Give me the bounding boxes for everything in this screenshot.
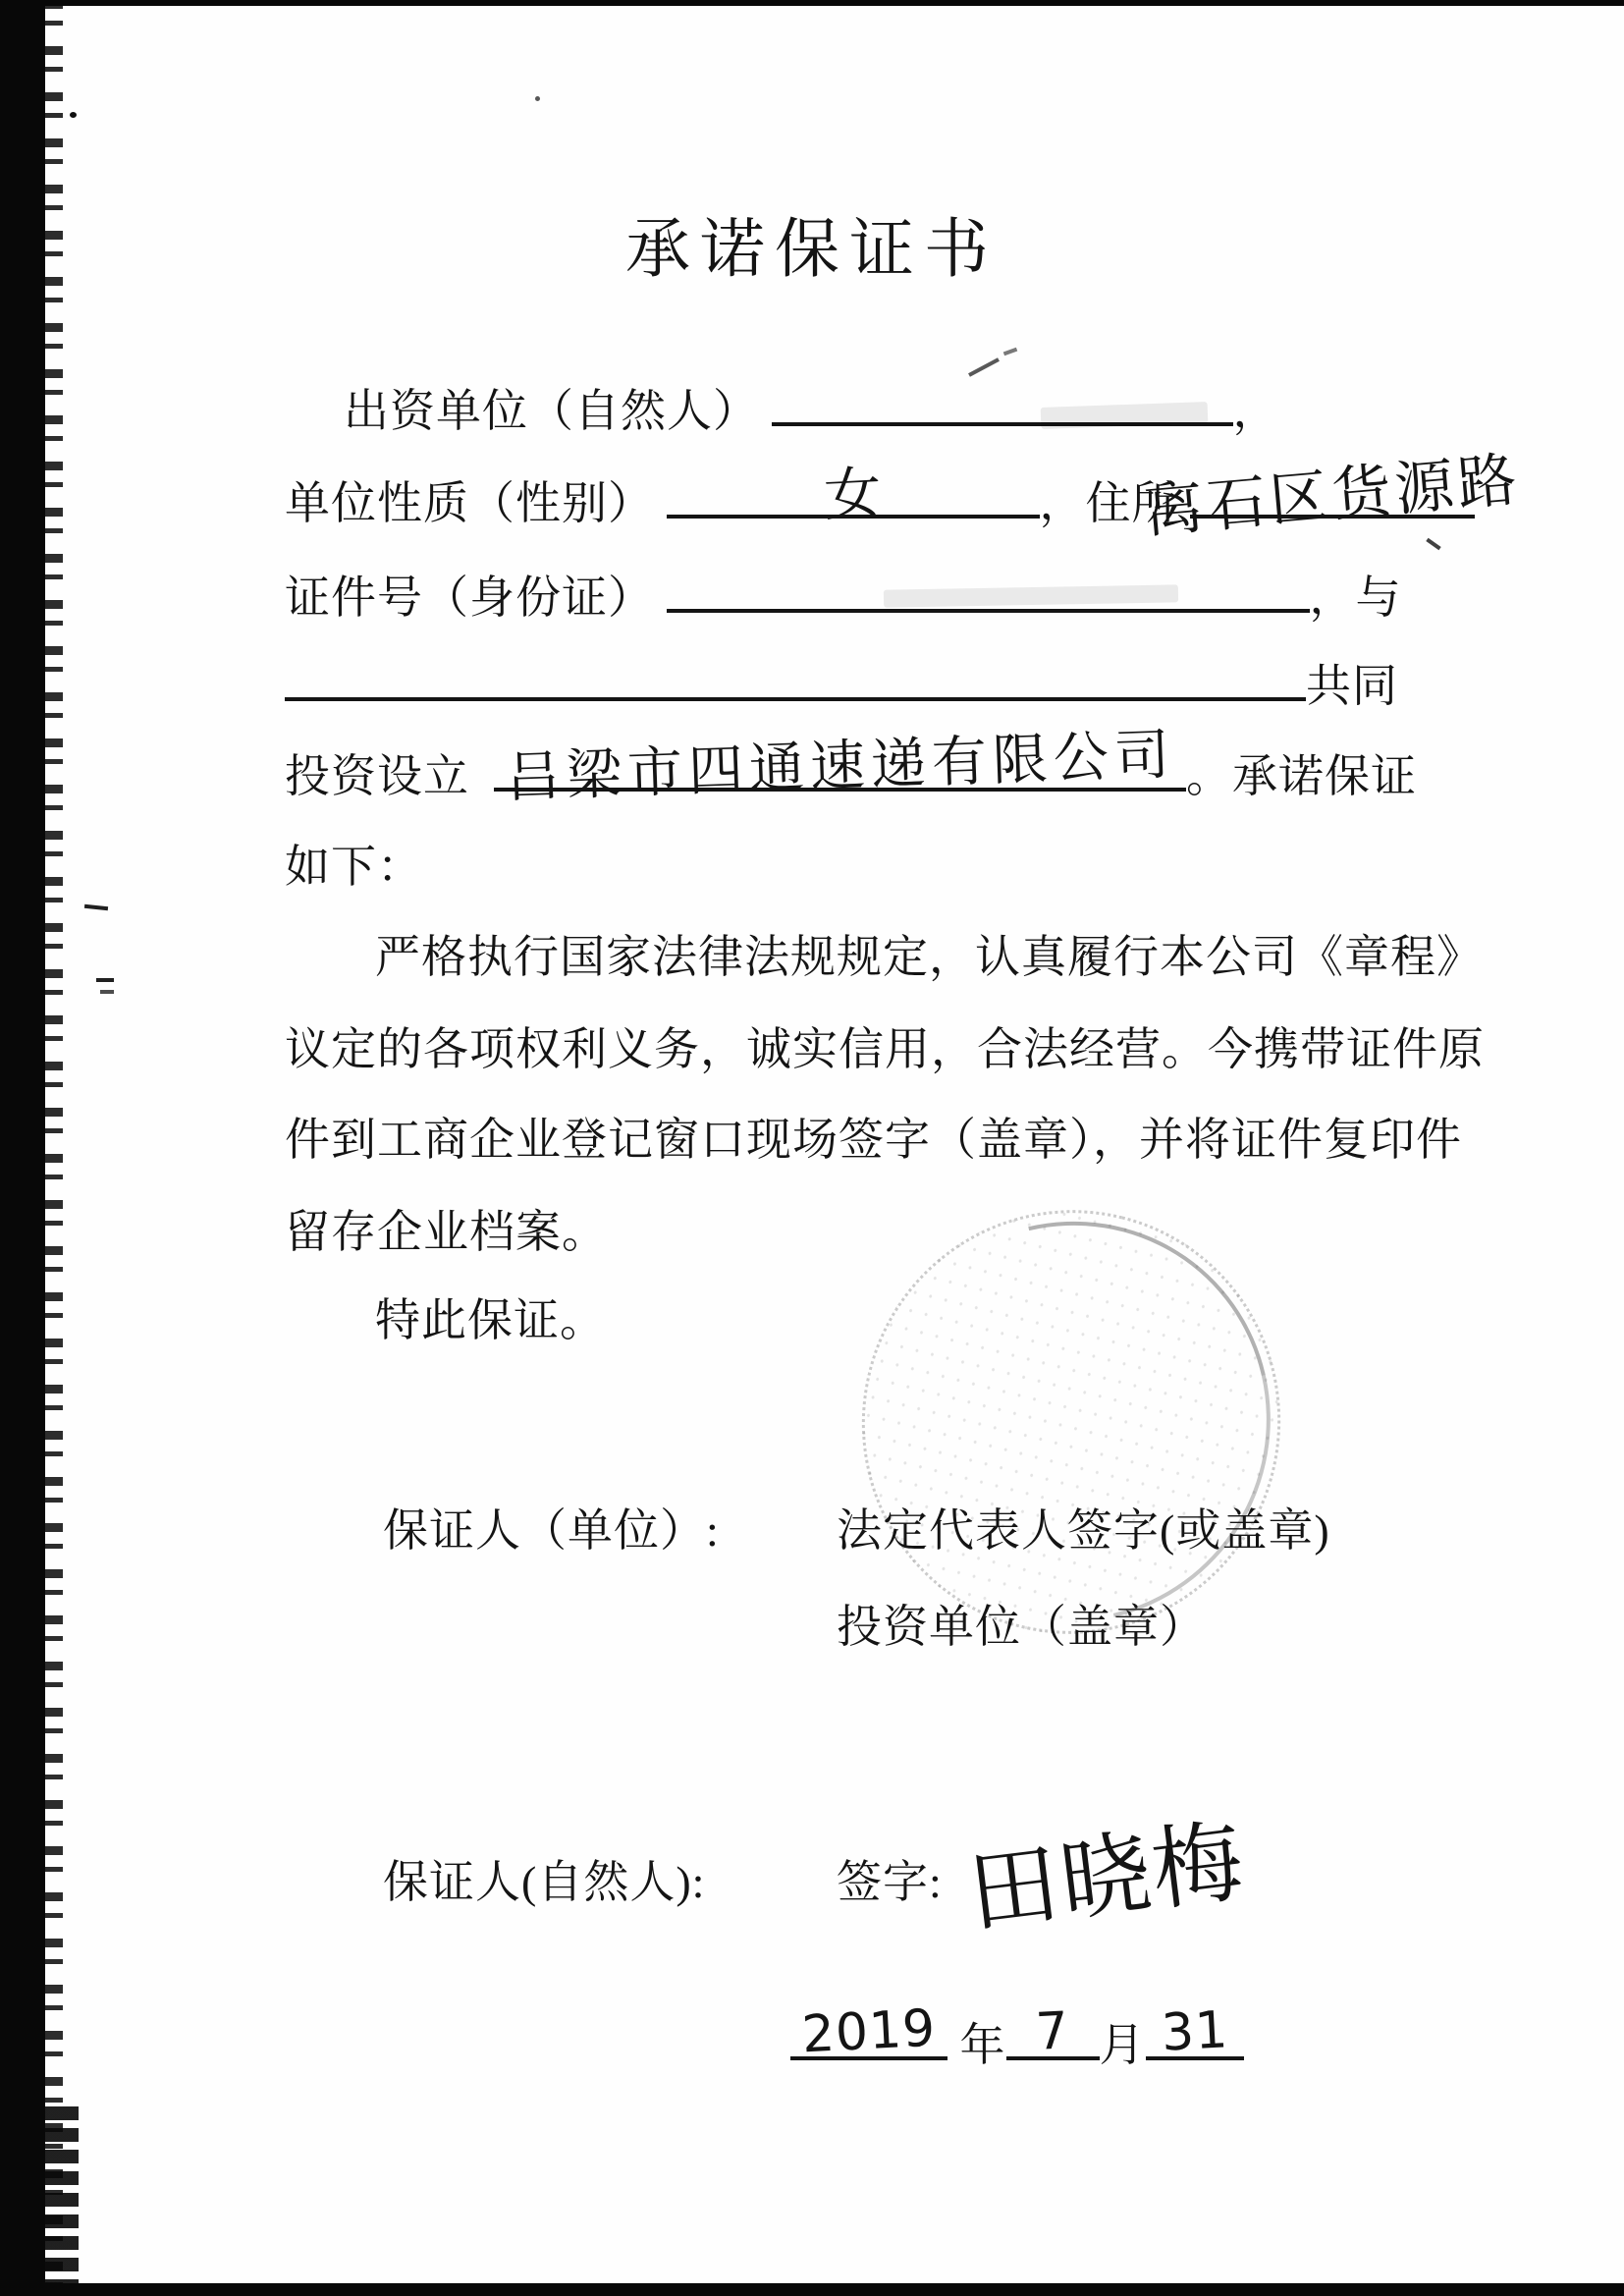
handwritten-comma-mark: [1426, 538, 1440, 550]
scan-left-border-foot: [45, 2106, 79, 2283]
margin-mark: [84, 904, 108, 910]
scan-top-border: [0, 0, 1624, 6]
body-paragraph-line: 议定的各项权利义务，诚实信用，合法经营。今携带证件原: [285, 1019, 1485, 1080]
pencil-tick-mark: [1003, 348, 1018, 356]
investor-label: 出资单位（自然人）: [344, 386, 759, 436]
investor-comma: ，: [1233, 386, 1279, 436]
sign-label-line: 签字:: [837, 1852, 943, 1913]
closing-text: 特此保证。: [375, 1295, 606, 1345]
year-label: 年: [960, 2020, 1006, 2070]
company-name-blank: 吕梁市四通速递有限公司: [494, 776, 1186, 792]
date-day-value: 31: [1160, 1999, 1229, 2063]
sign-label: 签字:: [837, 1857, 943, 1907]
body-paragraph-line: 件到工商企业登记窗口现场签字（盖章），并将证件复印件: [285, 1110, 1462, 1171]
legal-rep-line: 法定代表人签字(或盖章): [837, 1501, 1330, 1561]
scan-speck: [535, 96, 540, 101]
guarantor-unit-label: 保证人（单位）:: [383, 1505, 720, 1556]
date-year-blank: 2019: [790, 2045, 947, 2060]
date-day-blank: 31: [1146, 2045, 1244, 2060]
paragraph-text: 议定的各项权利义务，诚实信用，合法经营。今携带证件原: [285, 1024, 1485, 1074]
gender-value: 女: [822, 462, 883, 525]
scan-left-border-ragged-edge: [45, 0, 63, 2296]
invest-unit-line: 投资单位（盖章）: [837, 1597, 1206, 1658]
handwritten-signature: 田晓梅: [960, 1788, 1251, 1950]
partner-blank: [285, 685, 1306, 701]
date-month-value: 7: [1034, 2000, 1070, 2063]
body-paragraph-line: 严格执行国家法律法规规定，认真履行本公司《章程》: [375, 927, 1483, 988]
jointly-label: 共同: [1306, 661, 1398, 711]
paragraph-text: 留存企业档案。: [285, 1207, 608, 1257]
guarantor-unit-line: 保证人（单位）:: [383, 1501, 720, 1561]
guarantor-person-label: 保证人(自然人):: [383, 1857, 705, 1907]
company-name-value: 吕梁市四通速递有限公司: [505, 725, 1176, 809]
date-month-blank: 7: [1006, 2045, 1100, 2060]
margin-mark: [100, 990, 114, 994]
setup-label: 投资设立: [285, 751, 469, 801]
as-follows-label: 如下：: [285, 842, 423, 892]
address-value: 离石区货源路: [1142, 449, 1523, 542]
paragraph-text: 件到工商企业登记窗口现场签字（盖章），并将证件复印件: [285, 1115, 1462, 1165]
unit-nature-label: 单位性质（性别）: [285, 478, 654, 528]
gender-blank: 女: [667, 503, 1040, 519]
pledge-intro: 。承诺保证: [1186, 751, 1417, 801]
pencil-tick-mark: [968, 357, 1000, 376]
margin-mark: [96, 978, 114, 982]
form-line-asfollows: 如下：: [285, 837, 423, 898]
form-line-partner: 共同: [285, 656, 1398, 717]
body-paragraph-line: 留存企业档案。: [285, 1202, 608, 1263]
scan-left-border: [0, 0, 45, 2296]
form-line-gender-address: 单位性质（性别） 女 ，住所 离石区货源路: [285, 473, 1475, 534]
document-title: 承诺保证书: [27, 196, 1597, 290]
form-line-id: 证件号（身份证） ，与: [285, 568, 1402, 629]
guarantor-person-line: 保证人(自然人):: [383, 1852, 705, 1913]
month-label: 月: [1100, 2020, 1146, 2070]
date-year-value: 2019: [800, 1997, 937, 2065]
id-number-label: 证件号（身份证）: [285, 573, 654, 623]
date-line: 2019 年 7 月 31: [790, 2015, 1244, 2076]
legal-rep-label: 法定代表人签字(或盖章): [837, 1505, 1330, 1556]
paragraph-text: 严格执行国家法律法规规定，认真履行本公司《章程》: [375, 932, 1483, 982]
scan-speck: [70, 112, 77, 118]
form-line-company: 投资设立 吕梁市四通速递有限公司 。承诺保证: [285, 746, 1417, 807]
scan-bottom-border: [0, 2283, 1624, 2296]
closing-line: 特此保证。: [375, 1290, 606, 1351]
invest-unit-label: 投资单位（盖章）: [837, 1602, 1206, 1652]
scanned-document-page: 承诺保证书 出资单位（自然人） ， 单位性质（性别） 女 ，住所 离石区货源路 …: [0, 0, 1624, 2296]
address-blank: 离石区货源路: [1190, 503, 1475, 519]
id-suffix: ，与: [1310, 573, 1402, 623]
